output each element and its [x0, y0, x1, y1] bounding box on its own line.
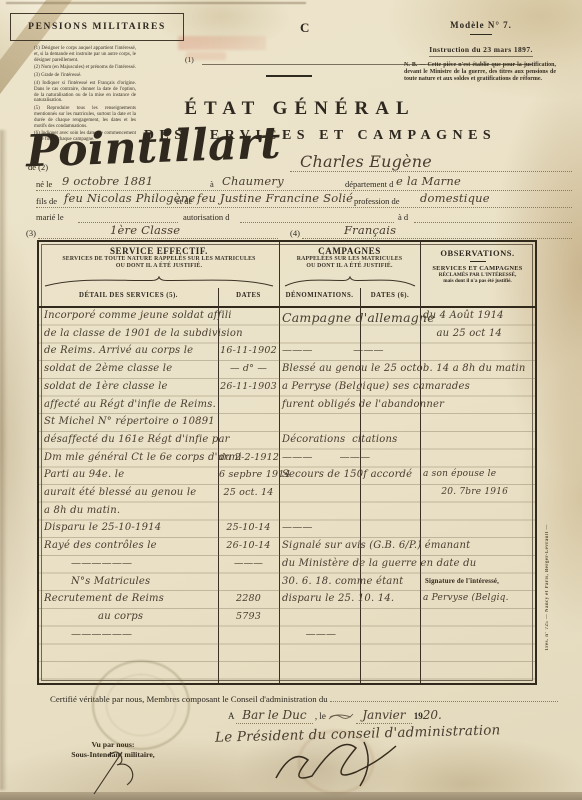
- certify-blank-line: [330, 694, 558, 702]
- detail-cell: ——————: [44, 629, 132, 640]
- at-label: à: [210, 179, 214, 189]
- table-row: affecté au Régt d'infie de Reims.furent …: [39, 397, 535, 415]
- campaigns-header-sub1: RAPPELÉES SUR LES MATRICULES: [279, 256, 420, 263]
- denomination-cell: Décorations citations: [282, 434, 397, 445]
- detail-cell: soldat de 1ère classe le: [44, 381, 168, 392]
- detail-cell: aurait été blessé au genou le: [44, 487, 196, 498]
- profession-handwritten: domestique: [420, 191, 490, 205]
- footnote-item: (2) Nom (en Majuscules) et prénoms de l'…: [34, 65, 136, 71]
- table-body: Incorporé comme jeune soldat affiliCampa…: [39, 308, 535, 681]
- son-of-label: fils de: [36, 196, 57, 206]
- observation-cell: au 25 oct 14: [423, 328, 502, 339]
- a-d-label: à d: [398, 212, 408, 222]
- detail-cell: Recrutement de Reims: [44, 593, 164, 604]
- observation-cell: 20. 7bre 1916: [423, 487, 508, 497]
- model-number: Modèle N° 7.: [398, 20, 564, 30]
- denomination-cell: 30. 6. 18. comme étant: [282, 576, 403, 587]
- department-handwritten: e la Marne: [396, 174, 461, 188]
- col-denominations-label: DÉNOMINATIONS.: [279, 292, 360, 299]
- president-signature: [268, 732, 428, 794]
- table-row: N°s Matricules30. 6. 18. comme étantSign…: [39, 574, 535, 592]
- campaigns-brace-icon: [283, 276, 417, 287]
- born-label: né le: [36, 179, 52, 189]
- place-date-line: A Bar le Duc , le Janvier 1920.: [228, 708, 442, 722]
- table-row: Dm mle général Ct le 6e corps d'armidu 2…: [39, 450, 535, 468]
- year-printed: 19: [414, 711, 423, 721]
- profession-label: profession de: [354, 196, 400, 206]
- detail-cell: Parti au 94e. le: [44, 469, 124, 480]
- strikethrough-scribble: [328, 712, 354, 722]
- denomination-cell: Secours de 150f accordé: [282, 469, 412, 480]
- birth-place-handwritten: Chaumery: [222, 174, 284, 188]
- denomination-cell: disparu le 25. 10. 14.: [282, 593, 394, 604]
- model-block: Modèle N° 7. Instruction du 23 mars 1897…: [398, 20, 564, 57]
- month-handwritten: Janvier: [356, 708, 411, 724]
- observations-header: OBSERVATIONS. SERVICES ET CAMPAGNES RÉCL…: [420, 248, 535, 284]
- campaigns-header-title: CAMPAGNES: [279, 246, 420, 256]
- table-row: au corps5793: [39, 609, 535, 627]
- date-cell: 25 oct. 14: [219, 487, 278, 498]
- table-row: Recrutement de Reims2280disparu le 25. 1…: [39, 591, 535, 609]
- pensions-militaires-title: PENSIONS MILITAIRES: [28, 22, 166, 32]
- detail-cell: de Reims. Arrivé au corps le: [44, 345, 193, 356]
- service-header-title: SERVICE EFFECTIF.: [39, 246, 279, 256]
- observation-cell: a Pervyse (Belgiq.: [423, 593, 509, 603]
- date-cell: 16-11-1902: [219, 345, 278, 356]
- series-letter: C: [300, 20, 309, 36]
- observations-sub1: SERVICES ET CAMPAGNES: [420, 265, 535, 272]
- department-label: département d: [345, 179, 393, 189]
- denomination-cell: ———: [282, 629, 336, 640]
- table-row: —————————du Ministère de la guerre en da…: [39, 556, 535, 574]
- detail-cell: désaffecté du 161e Régt d'infie par: [44, 434, 230, 445]
- campaigns-header-sub2: OU DONT IL A ÉTÉ JUSTIFIÉ.: [279, 263, 420, 270]
- table-row: aurait été blessé au genou le25 oct. 14 …: [39, 485, 535, 503]
- detail-cell: Incorporé comme jeune soldat affili: [44, 310, 232, 321]
- table-row: Incorporé comme jeune soldat affiliCampa…: [39, 308, 535, 326]
- detail-cell: Dm mle général Ct le 6e corps d'armi: [44, 452, 242, 463]
- printer-imprint: Trés. n° 725 — Nancy et Paris, Berger-Le…: [545, 476, 550, 651]
- given-names-handwritten: Charles Eugène: [300, 152, 432, 171]
- date-cell: 5793: [219, 611, 278, 622]
- detail-cell: Rayé des contrôles le: [44, 540, 157, 551]
- denomination-cell: furent obligés de l'abandonner: [282, 399, 444, 410]
- table-row: Disparu le 25-10-191425-10-14———: [39, 520, 535, 538]
- place-handwritten: Bar le Duc: [236, 708, 312, 724]
- denomination-cell: ——— ———: [282, 452, 370, 463]
- detail-cell: Disparu le 25-10-1914: [44, 522, 161, 533]
- table-row: —————— ———: [39, 627, 535, 645]
- table-row: de Reims. Arrivé au corps le16-11-1902——…: [39, 343, 535, 361]
- date-cell: — d° —: [219, 363, 278, 374]
- year-handwritten: 20.: [423, 708, 442, 722]
- table-row: St Michel N° répertoire o 10891: [39, 414, 535, 432]
- observations-title: OBSERVATIONS.: [420, 248, 535, 258]
- detail-cell: St Michel N° répertoire o 10891: [44, 416, 215, 427]
- date-cell: ———: [219, 558, 278, 569]
- authorization-label: autorisation d: [183, 212, 230, 222]
- date-cell: 2280: [219, 593, 278, 604]
- table-row: soldat de 2ème classe le— d° —Blessé au …: [39, 361, 535, 379]
- denomination-cell: Signalé sur avis (G.B. 6/P.) émanant: [282, 540, 470, 551]
- grade-ref: (3): [26, 228, 36, 238]
- grade-line: [38, 237, 278, 239]
- place-label: A: [228, 711, 234, 721]
- service-header: SERVICE EFFECTIF. SERVICES DE TOUTE NATU…: [39, 246, 279, 270]
- table-row: soldat de 1ère classe le26-11-1903a Perr…: [39, 379, 535, 397]
- instruction-date: Instruction du 23 mars 1897.: [429, 45, 533, 57]
- nationality-handwritten: Français: [344, 223, 396, 237]
- col-dates-label: DATES: [218, 292, 279, 299]
- paper-left-edge: [0, 130, 7, 790]
- observation-cell: du 4 Août 1914: [423, 310, 504, 321]
- campaigns-header: CAMPAGNES RAPPELÉES SUR LES MATRICULES O…: [279, 246, 420, 270]
- scanned-document-page: PENSIONS MILITAIRES (1) Désigner le corp…: [0, 0, 582, 800]
- denomination-cell: ———: [282, 522, 313, 533]
- pensions-militaires-box: PENSIONS MILITAIRES: [10, 13, 184, 41]
- table-row: de la classe de 1901 de la subdivision a…: [39, 326, 535, 344]
- denomination-cell: du Ministère de la guerre en date du: [282, 558, 476, 569]
- denomination-cell: Blessé au genou le 25 octob. 14 a 8h du …: [282, 363, 526, 374]
- service-table: SERVICE EFFECTIF. SERVICES DE TOUTE NATU…: [37, 240, 537, 685]
- detail-cell: au corps: [44, 611, 143, 622]
- model-rule: [470, 34, 492, 35]
- detail-cell: soldat de 2ème classe le: [44, 363, 172, 374]
- le-label: , le: [315, 711, 326, 721]
- parents-line: [36, 206, 572, 208]
- date-cell: du 2-2-1912: [219, 452, 278, 463]
- denomination-cell: Campagne d'allemagne: [282, 310, 435, 325]
- date-cell: 26-10-14: [219, 540, 278, 551]
- date-cell: 6 sepbre 1914: [219, 469, 278, 480]
- footnote-item: (1) Désigner le corps auquel appartient …: [34, 46, 136, 63]
- nota-bene: N. B. — Cette pièce n'est établie que po…: [404, 62, 556, 84]
- married-label: marié le: [36, 212, 64, 222]
- surname-handwritten: Pointillart: [25, 118, 281, 178]
- field-1-label: (1): [185, 55, 194, 64]
- nationality-line: [302, 237, 572, 239]
- mother-handwritten: feu Justine Francine Solié: [197, 191, 353, 205]
- table-row: Rayé des contrôles le26-10-14Signalé sur…: [39, 538, 535, 556]
- paper-top-edge: [6, 2, 306, 4]
- round-stamp: [92, 660, 190, 750]
- faded-red-stamp: [178, 36, 266, 50]
- service-header-sub2: OU DONT IL A ÉTÉ JUSTIFIÉ.: [39, 263, 279, 270]
- col-detail-label: DÉTAIL DES SERVICES (5).: [39, 292, 218, 299]
- col-dates6-label: DATES (6).: [360, 292, 420, 299]
- table-row: désaffecté du 161e Régt d'infie parDécor…: [39, 432, 535, 450]
- observations-sub3: mais dont il n'a pas été justifié.: [420, 278, 535, 284]
- document-title: ÉTAT GÉNÉRAL: [0, 98, 582, 120]
- footnote-item: (3) Grade de l'intéressé.: [34, 73, 136, 79]
- detail-cell: ——————: [44, 558, 132, 569]
- signature-label: Signature de l'intéressé,: [425, 578, 499, 585]
- date-cell: 26-11-1903: [219, 381, 278, 392]
- divider-rule: [266, 75, 312, 77]
- table-row: Parti au 94e. le6 sepbre 1914Secours de …: [39, 467, 535, 485]
- and-of-label: et de: [176, 196, 192, 206]
- a-d-line: [414, 221, 572, 223]
- birth-date-handwritten: 9 octobre 1881: [62, 174, 153, 188]
- denomination-cell: ——— ———: [282, 345, 384, 356]
- detail-cell: de la classe de 1901 de la subdivision: [44, 328, 243, 339]
- service-brace-icon: [43, 276, 275, 287]
- intendant-signature: [78, 748, 158, 798]
- detail-cell: a 8h du matin.: [44, 505, 120, 516]
- detail-cell: affecté au Régt d'infie de Reims.: [44, 399, 216, 410]
- observation-cell: a son épouse le: [423, 469, 496, 479]
- name-line: [290, 170, 572, 172]
- observations-rule: [470, 261, 486, 262]
- date-cell: 25-10-14: [219, 522, 278, 533]
- nationality-ref: (4): [290, 228, 300, 238]
- denomination-cell: a Perryse (Belgique) ses camarades: [282, 381, 470, 392]
- service-header-sub1: SERVICES DE TOUTE NATURE RAPPELÉS SUR LE…: [39, 256, 279, 263]
- detail-cell: N°s Matricules: [44, 576, 150, 587]
- grade-handwritten: 1ère Classe: [110, 223, 180, 237]
- table-row: a 8h du matin.: [39, 503, 535, 521]
